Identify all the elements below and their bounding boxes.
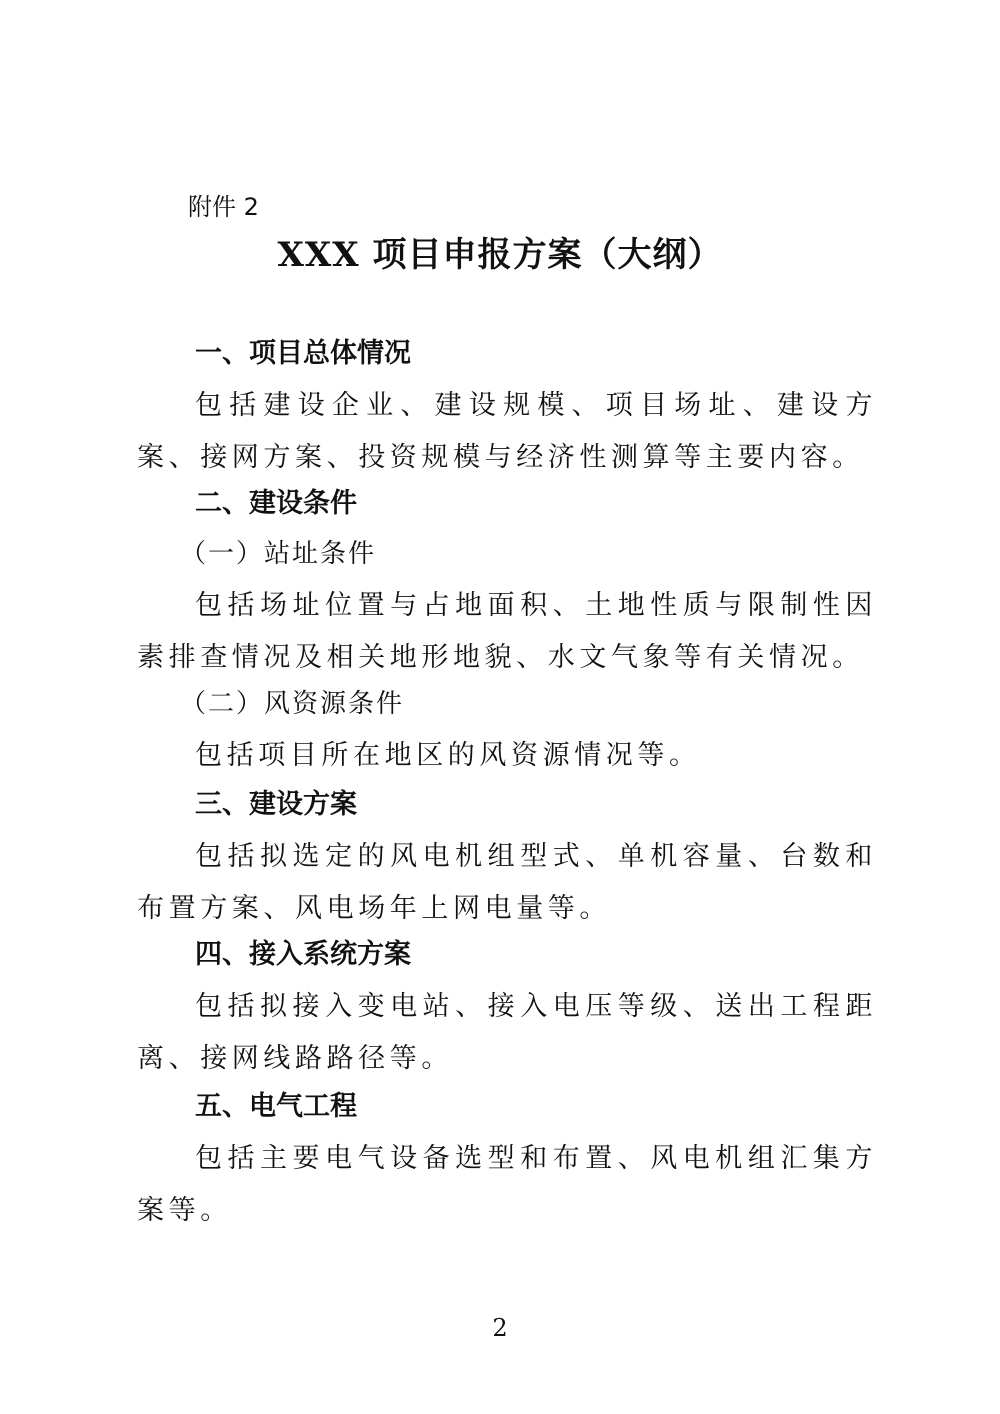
section-body-3: 包括拟选定的风电机组型式、单机容量、台数和布置方案、风电场年上网电量等。 <box>137 831 877 935</box>
section-heading-5: 五、电气工程 <box>195 1090 357 1124</box>
document-page: 附件 2 XXX 项目申报方案（大纲） 一、项目总体情况 包括建设企业、建设规模… <box>0 0 1000 1414</box>
section-heading-4: 四、接入系统方案 <box>195 938 411 972</box>
section-heading-1: 一、项目总体情况 <box>195 337 411 371</box>
subsection-heading-2-2: （二）风资源条件 <box>180 687 404 721</box>
attachment-label: 附件 2 <box>188 192 259 222</box>
subsection-body-2-2: 包括项目所在地区的风资源情况等。 <box>137 730 877 782</box>
page-number: 2 <box>0 1314 1000 1342</box>
document-title: XXX 项目申报方案（大纲） <box>0 232 1000 278</box>
section-body-5: 包括主要电气设备选型和布置、风电机组汇集方案等。 <box>137 1133 877 1237</box>
section-heading-2: 二、建设条件 <box>195 487 357 521</box>
subsection-heading-2-1: （一）站址条件 <box>180 537 376 571</box>
section-heading-3: 三、建设方案 <box>195 788 357 822</box>
section-body-1: 包括建设企业、建设规模、项目场址、建设方案、接网方案、投资规模与经济性测算等主要… <box>137 380 877 484</box>
subsection-body-2-1: 包括场址位置与占地面积、土地性质与限制性因素排查情况及相关地形地貌、水文气象等有… <box>137 580 877 684</box>
section-body-4: 包括拟接入变电站、接入电压等级、送出工程距离、接网线路路径等。 <box>137 981 877 1085</box>
